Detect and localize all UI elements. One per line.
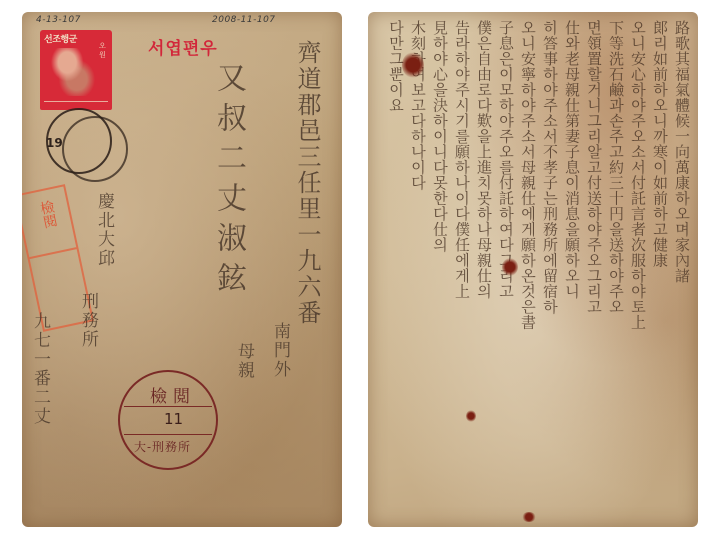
seal-top-text: 檢閲 [150,382,196,407]
address-column-right: 齊道郡邑三任里一九六番 [290,40,325,326]
seal-bottom-text: 大-刑務所 [134,438,191,455]
sender-institution-column: 刑務所 [76,292,101,349]
stamp-value-text: 오원 [99,42,109,60]
recipient-title-column: 母親 [232,342,257,380]
postage-stamp: 선조행군 오원 [40,30,112,110]
seal-line-upper [124,406,212,407]
seal-day-number: 11 [164,410,183,428]
censor-divider [29,247,76,259]
letter-column-12: 見하야心을決하이니다못한다仕의 [432,20,447,253]
postmark-date: 19 [46,136,63,150]
stamp-divider [44,101,108,102]
recipient-name-column: 又叔二丈淑鉉 [206,62,250,302]
letter-column-4: 下等洗石鹼과손주고約三十円을送하야주오 [608,20,623,315]
letter-column-3: 오니安心하야주오소서付託言者次服하야토上 [630,20,645,330]
seal-line-lower [124,434,212,435]
letter-column-1: 路歌其福氣體候一向萬康하오며家內諸 [674,20,689,284]
censor-stamp-text: 檢閱 [30,199,59,231]
address-column-south-gate: 南門外 [268,322,293,379]
postmark-circle-2 [62,116,128,182]
stamp-top-text: 선조행군 [44,32,77,45]
postcard-front: 4-13-107 2008-11-107 선조행군 오원 서엽편우 19 檢閱 … [22,12,342,527]
letter-column-13: 木刻하여보고다하나이다 [410,20,425,191]
ink-stain-3 [466,410,476,422]
sender-number-column: 九七一番二丈 [28,312,53,426]
postcard-title: 서엽편우 [148,34,218,59]
postcard-back: 路歌其福氣體候一向萬康하오며家內諸 郞리如前하오니까寒이如前하고健康 오니安心하… [368,12,698,527]
ink-stain-1 [402,52,424,78]
sender-address-column: 慶北大邱 [92,192,117,268]
letter-column-8: 오니安寧하야주소서母親仕에게願하온것은書 [520,20,535,330]
letter-column-10: 僕은自由로다歎을上進치못하나母親仕의 [476,20,491,299]
prison-inspection-seal: 檢閲 11 大-刑務所 [118,370,218,470]
ink-stain-4 [522,512,536,522]
letter-column-11: 告라하야주시기를願하나이다僕任에게上 [454,20,469,299]
letter-column-14: 다만그뿐이요 [388,20,403,113]
ink-stain-2 [502,258,518,276]
letter-column-6: 仕와老母親仕第妻子息이消息을願하오니 [564,20,579,299]
letter-column-7: 히答事하야주소서不孝子는刑務所에留宿하 [542,20,557,315]
stamp-figure-image [48,48,96,96]
pencil-catalog-note-right: 2008-11-107 [212,15,276,25]
pencil-catalog-note-left: 4-13-107 [36,15,81,25]
letter-column-5: 면領置할거니그리알고付送하야주오그리고 [586,20,601,315]
letter-column-2: 郞리如前하오니까寒이如前하고健康 [652,20,667,268]
